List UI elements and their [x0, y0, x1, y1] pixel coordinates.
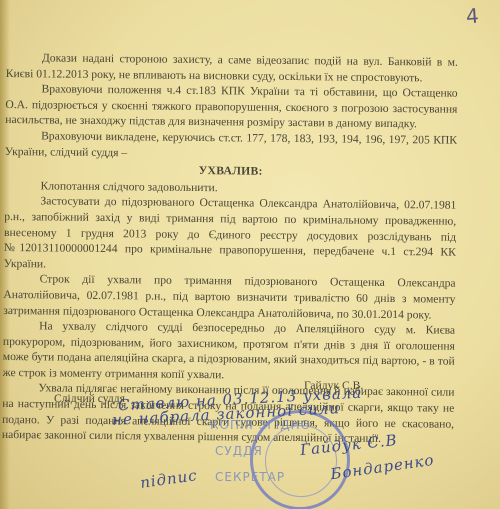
paragraph-legal-basis: Враховуючи викладене, керуючись ст.ст. 1… — [5, 128, 457, 164]
ruling-item: Застосувати до підозрюваного Остащенка О… — [4, 193, 457, 276]
ruling-item: Строк дії ухвали про тримання підозрюван… — [3, 271, 455, 323]
paragraph-evidence: Докази надані стороною захисту, а саме в… — [6, 50, 458, 86]
judge-label: Слідчий суддя — [54, 392, 125, 405]
ruling-item: На ухвалу слідчого судді безпосередньо д… — [3, 318, 456, 385]
paragraph-bail: Враховуючи положення ч.4 ст.183 КПК Укра… — [5, 81, 457, 133]
page-number: 4 — [465, 4, 479, 29]
stamp-secretary-line: СЕКРЕТАР — [215, 470, 285, 484]
document-body: Докази надані стороною захисту, а саме в… — [2, 50, 458, 448]
seal-inner-ring — [265, 425, 337, 497]
stamp-judge-line: СУДДЯ — [215, 444, 263, 458]
